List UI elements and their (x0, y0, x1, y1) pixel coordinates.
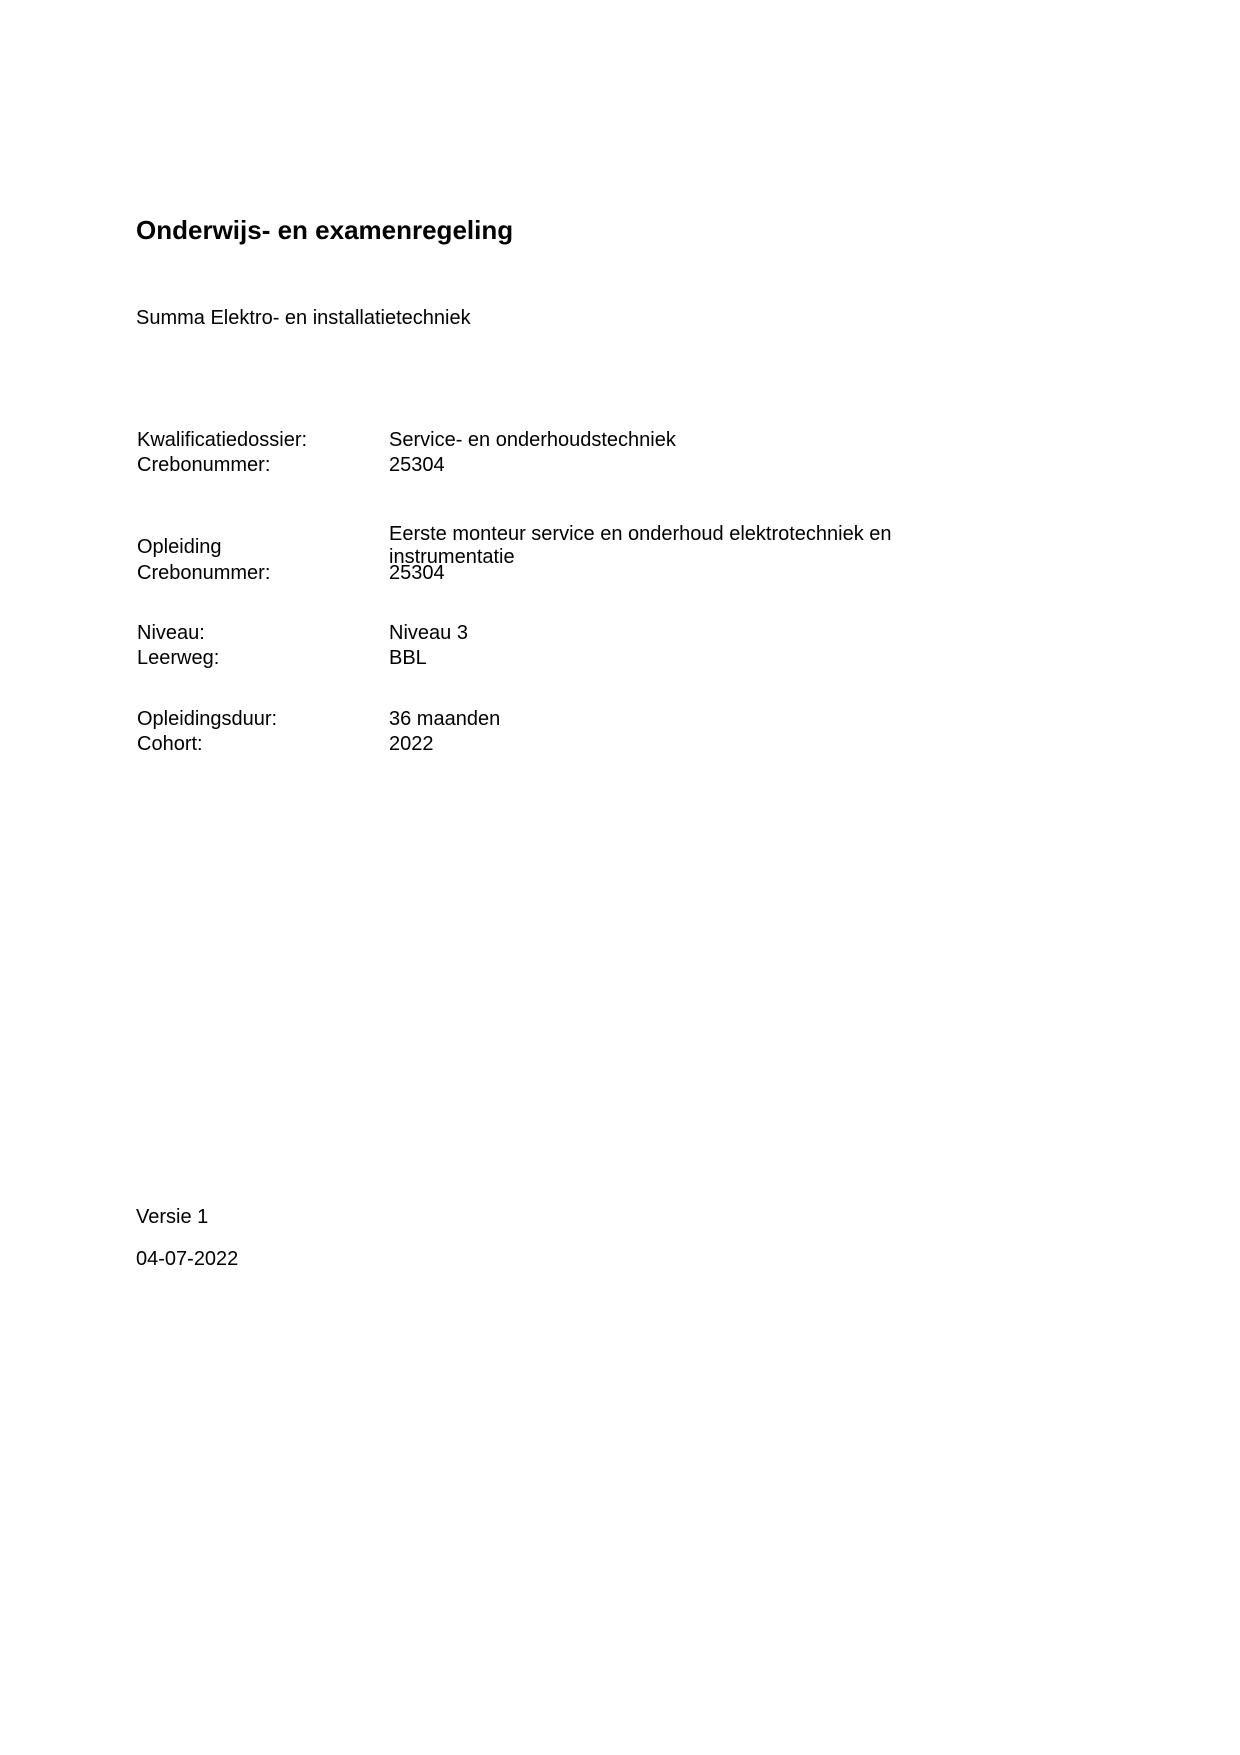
field-value: Service- en onderhoudstechniek (389, 428, 949, 452)
page-title: Onderwijs- en examenregeling (136, 214, 513, 246)
field-value: 2022 (389, 732, 949, 756)
field-label: Leerweg: (137, 646, 219, 670)
version-label: Versie 1 (136, 1205, 208, 1229)
document-date: 04-07-2022 (136, 1247, 238, 1271)
field-value: 25304 (389, 561, 949, 585)
field-label: Cohort: (137, 732, 203, 756)
field-label: Opleidingsduur: (137, 707, 277, 731)
field-value: Niveau 3 (389, 621, 949, 645)
field-value: 25304 (389, 453, 949, 477)
field-value: BBL (389, 646, 949, 670)
field-label: Opleiding (137, 535, 222, 559)
institution-name: Summa Elektro- en installatietechniek (136, 306, 471, 330)
field-label: Crebonummer: (137, 561, 270, 585)
field-value: 36 maanden (389, 707, 949, 731)
field-label: Niveau: (137, 621, 205, 645)
field-label: Kwalificatiedossier: (137, 428, 307, 452)
field-label: Crebonummer: (137, 453, 270, 477)
